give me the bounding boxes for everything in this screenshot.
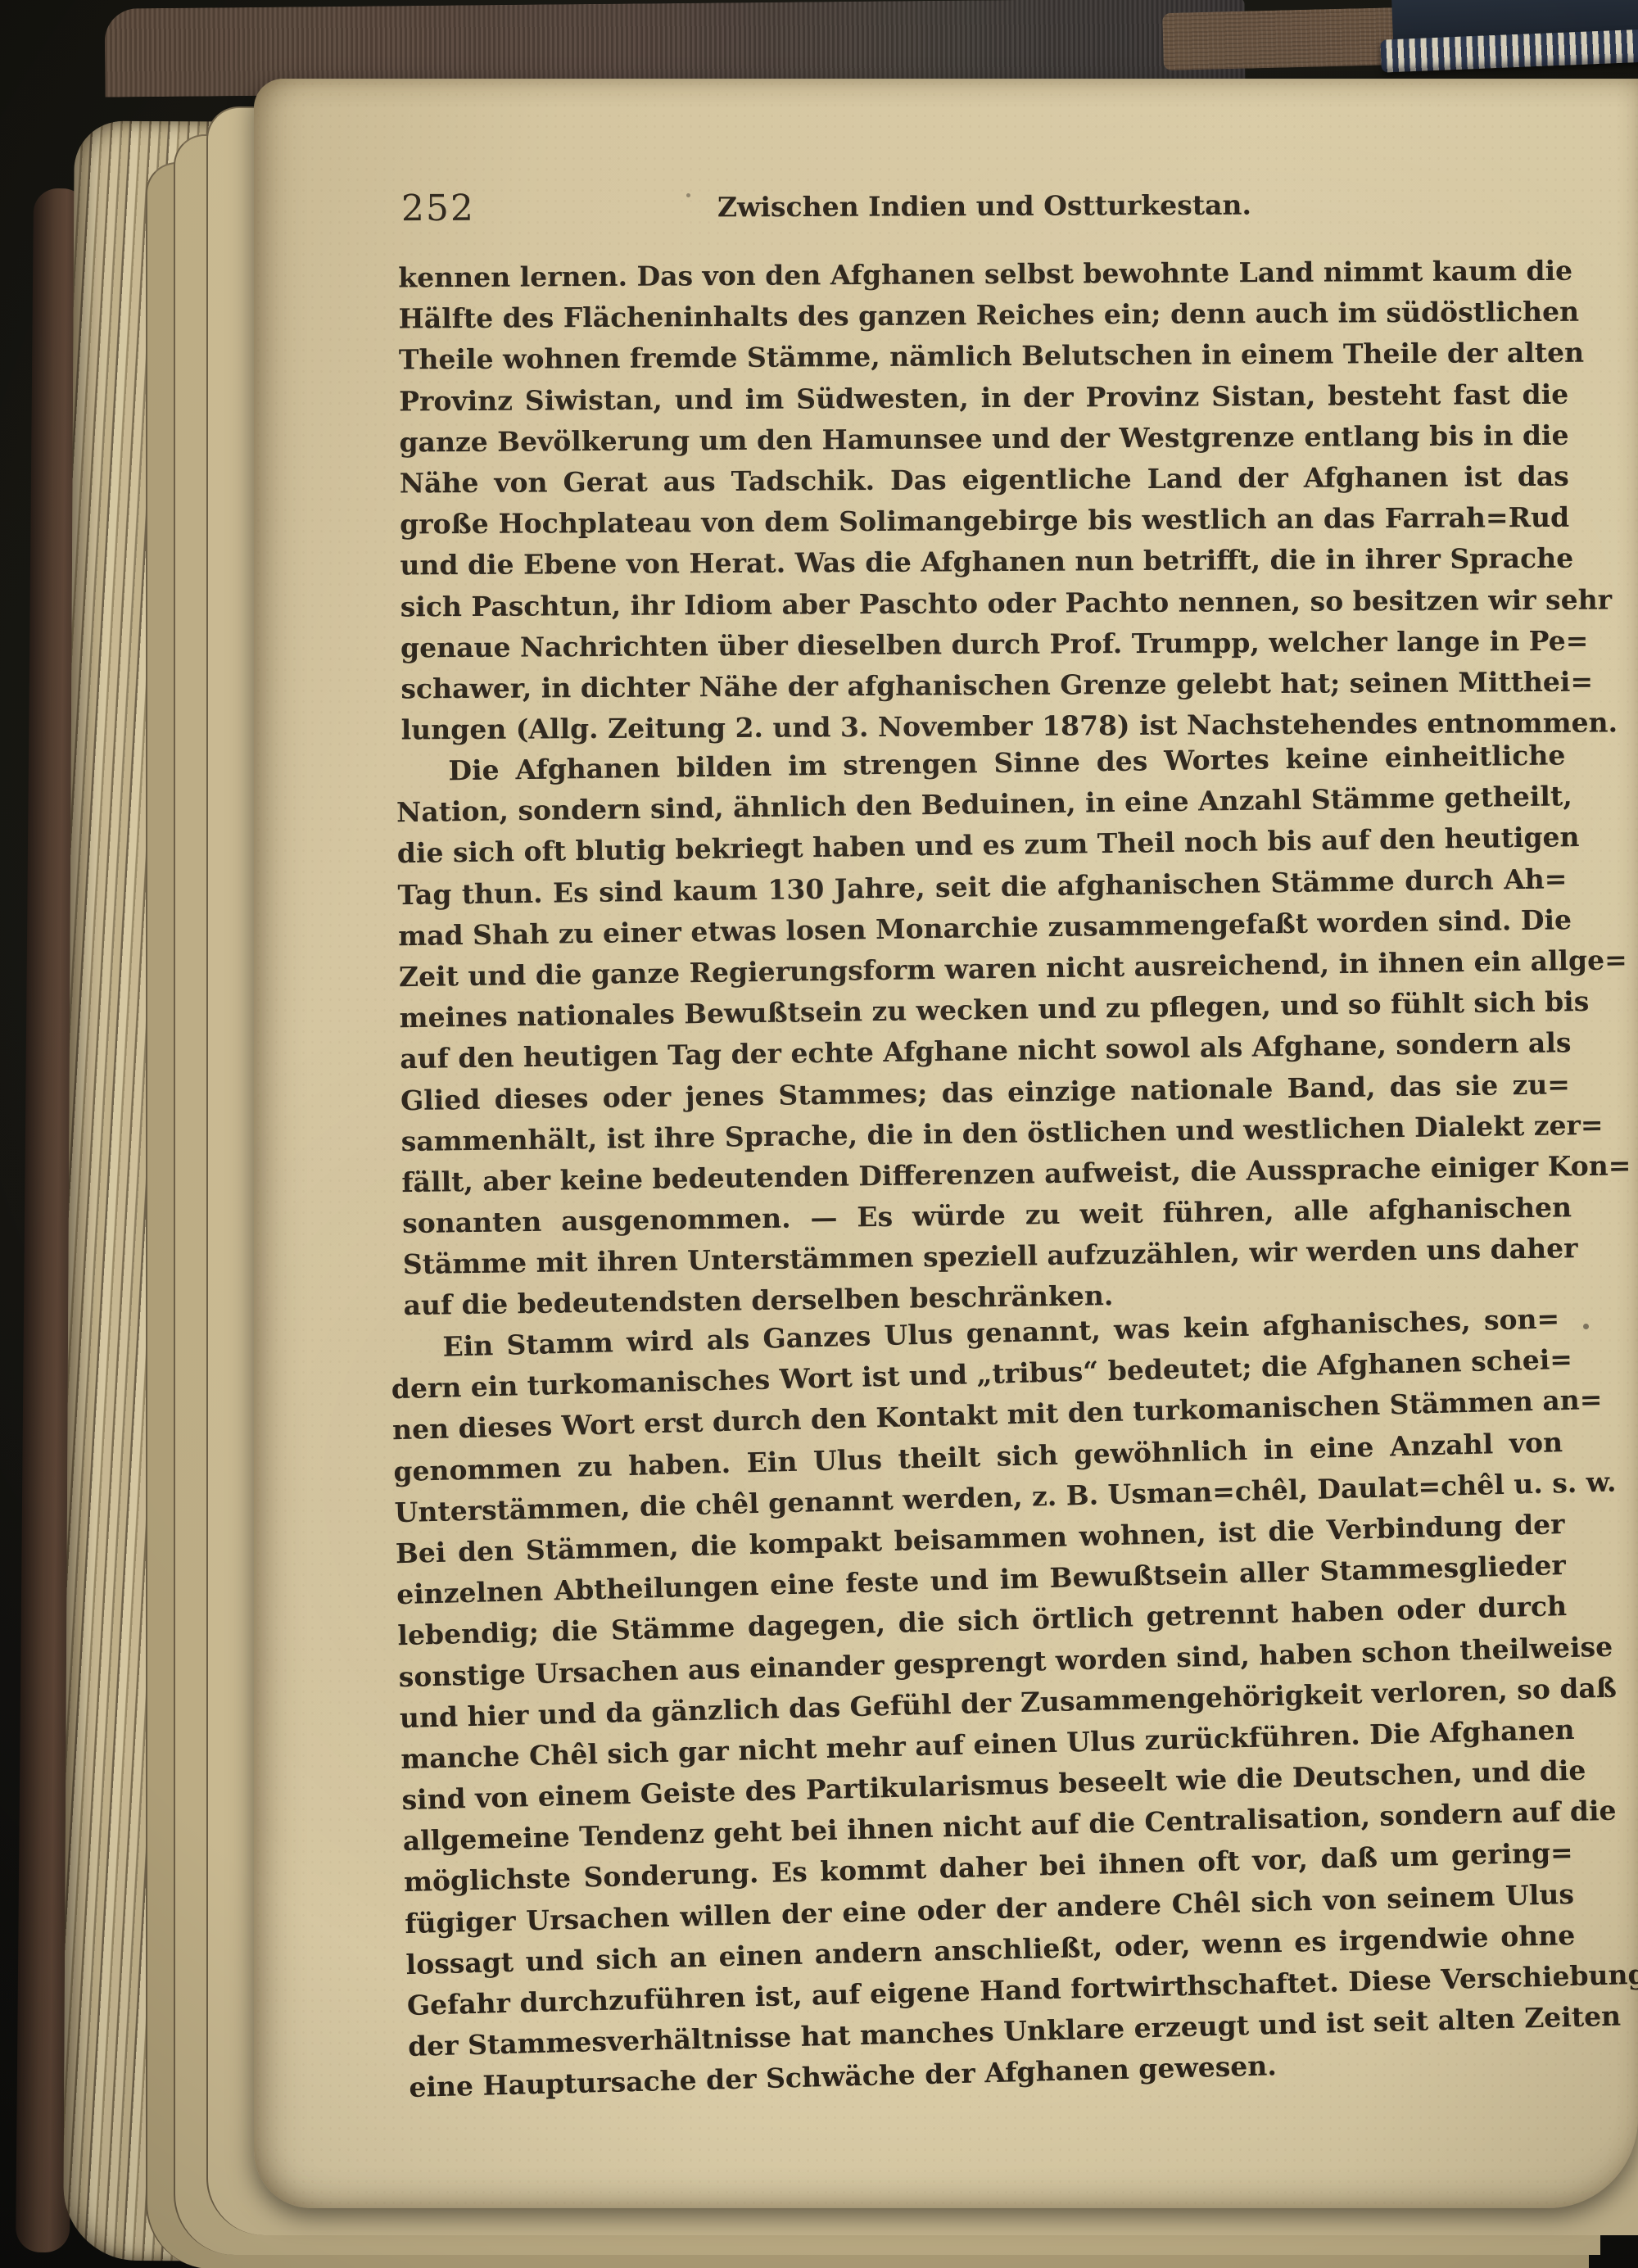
running-title: Zwischen Indien und Ostturkestan. (400, 181, 1569, 224)
text-line: Nähe von Gerat aus Tadschik. Das eigentl… (400, 456, 1569, 505)
text-line: schawer, in dichter Nähe der afghanische… (400, 662, 1570, 710)
text-line: kennen lernen. Das von den Afghanen selb… (398, 251, 1568, 299)
book-page: 252 Zwischen Indien und Ostturkestan. ke… (254, 79, 1638, 2208)
text-line: genaue Nachrichten über dieselben durch … (400, 620, 1570, 668)
paragraph: Ein Stamm wird als Ganzes Ulus genannt, … (390, 1298, 1579, 2108)
paragraph: Die Afghanen bilden im strengen Sinne de… (396, 736, 1573, 1327)
scanned-book-photo: 252 Zwischen Indien und Ostturkestan. ke… (0, 0, 1638, 2268)
text-line: Theile wohnen fremde Stämme, nämlich Bel… (399, 333, 1568, 381)
text-block: 252 Zwischen Indien und Ostturkestan. ke… (400, 183, 1569, 2107)
text-line: ganze Bevölkerung um den Hamunsee und de… (399, 415, 1568, 464)
paragraph: kennen lernen. Das von den Afghanen selb… (398, 251, 1571, 751)
page-number: 252 (401, 188, 475, 229)
text-line: Hälfte des Flächeninhalts des ganzen Rei… (398, 292, 1568, 340)
page-header: 252 Zwischen Indien und Ostturkestan. (400, 181, 1569, 250)
ink-speck (1583, 1324, 1589, 1329)
ink-speck (686, 193, 690, 197)
text-line: große Hochplateau von dem Solimangebirge… (400, 497, 1569, 545)
text-line: und die Ebene von Herat. Was die Afghane… (400, 538, 1569, 586)
text-line: sich Paschtun, ihr Idiom aber Paschto od… (400, 579, 1570, 627)
text-line: Provinz Siwistan, und im Südwesten, in d… (399, 373, 1568, 422)
body-text: kennen lernen. Das von den Afghanen selb… (400, 257, 1569, 2107)
